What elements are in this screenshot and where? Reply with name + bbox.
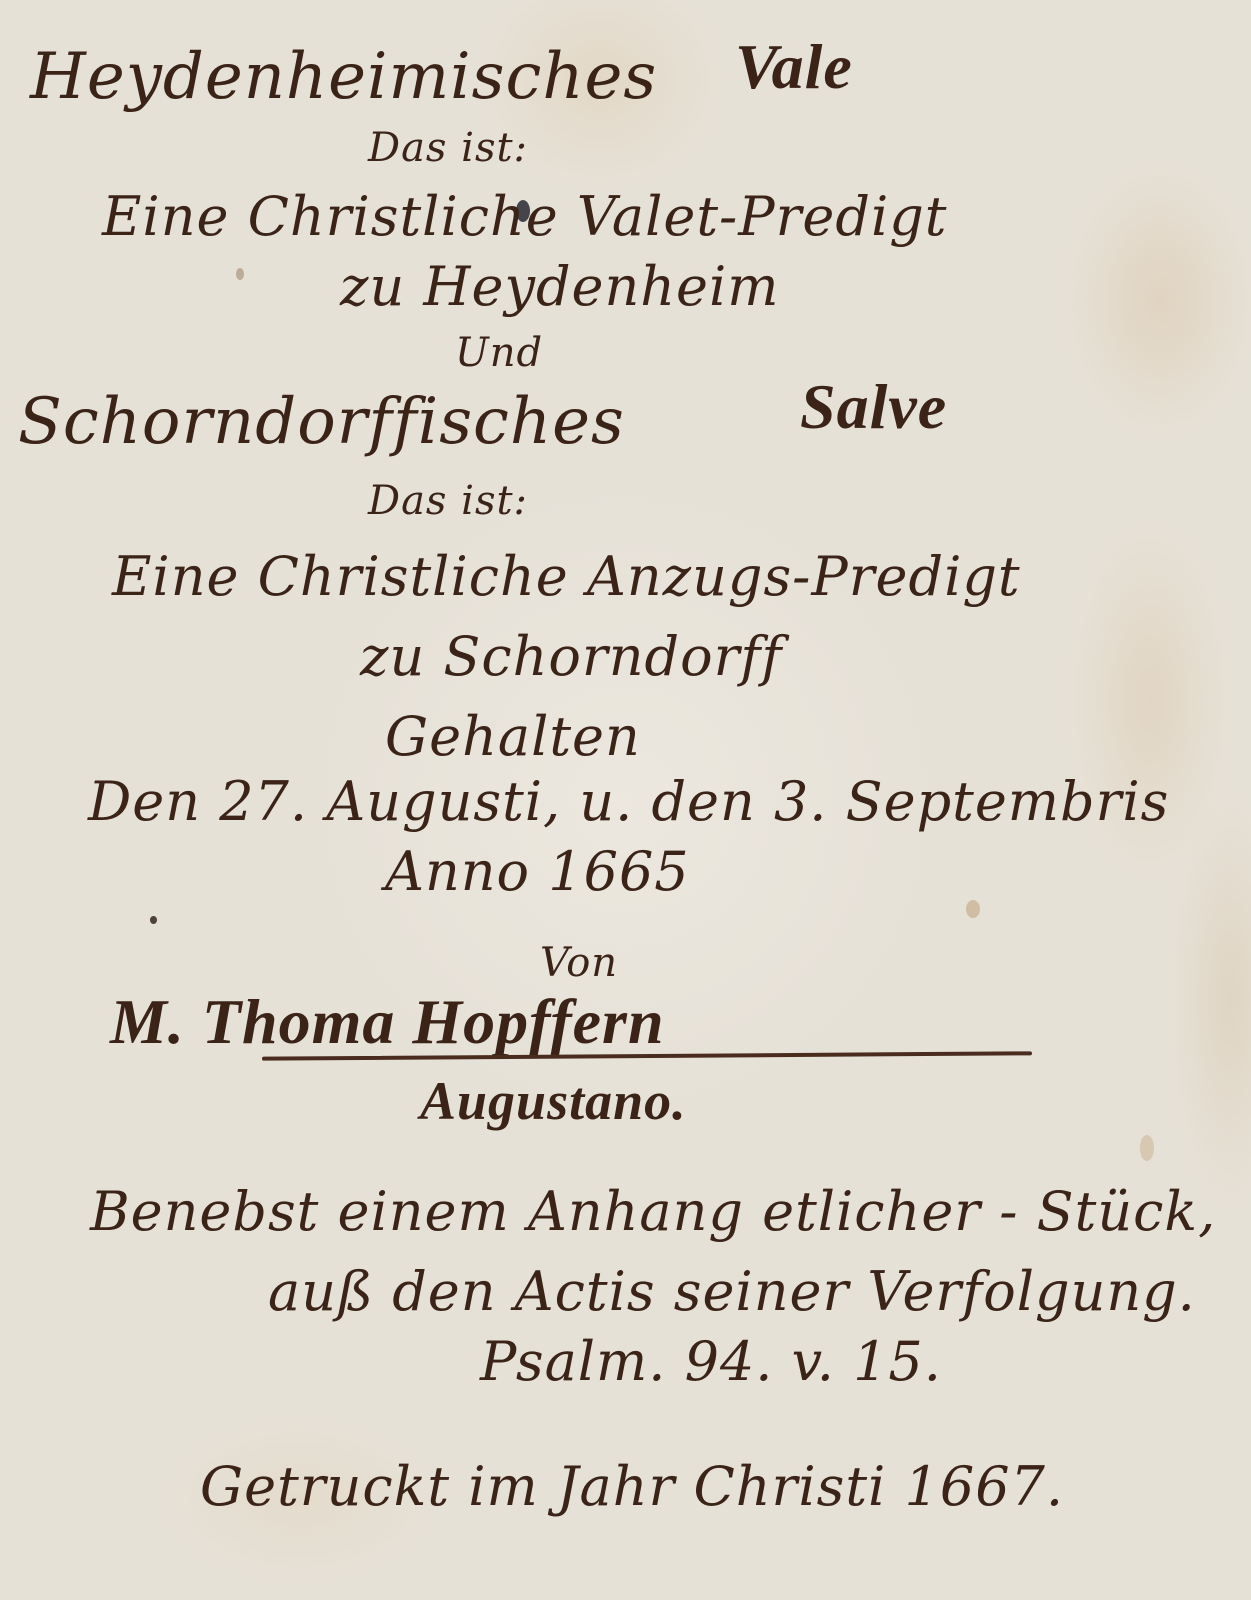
das-ist-2: Das ist:	[368, 478, 528, 524]
title-vale: Vale	[735, 30, 853, 104]
dates-line: Den 27. Augusti, u. den 3. Septembris	[88, 770, 1169, 833]
und-line: Und	[455, 330, 543, 376]
valet-predigt-line: Eine Christliche Valet-Predigt	[102, 185, 947, 248]
anno-line: Anno 1665	[385, 840, 690, 903]
augustano-line: Augustano.	[420, 1070, 687, 1132]
anzugs-predigt-line: Eine Christliche Anzugs-Predigt	[112, 545, 1021, 608]
ink-spot	[236, 268, 244, 280]
imprint-line: Getruckt im Jahr Christi 1667.	[200, 1455, 1064, 1518]
title-heydenheimisches: Heydenheimisches	[30, 40, 657, 114]
title-schorndorffisches: Schorndorffisches	[18, 385, 625, 459]
zu-heydenheim-line: zu Heydenheim	[340, 255, 779, 318]
manuscript-page: Heydenheimisches Vale Das ist: Eine Chri…	[0, 0, 1251, 1600]
gehalten-line: Gehalten	[385, 705, 641, 768]
ink-spot	[150, 916, 157, 924]
das-ist-1: Das ist:	[368, 125, 528, 171]
zu-schorndorff-line: zu Schorndorff	[360, 625, 782, 688]
title-salve: Salve	[800, 370, 947, 444]
foxing-spot	[966, 900, 980, 918]
anhang-line: Benebst einem Anhang etlicher - Stück,	[90, 1180, 1216, 1243]
psalm-line: Psalm. 94. v. 15.	[480, 1330, 942, 1393]
von-line: Von	[540, 940, 618, 986]
foxing-spot	[1140, 1135, 1154, 1161]
actis-line: auß den Actis seiner Verfolgung.	[268, 1260, 1196, 1323]
author-name: M. Thoma Hopffern	[110, 985, 665, 1059]
